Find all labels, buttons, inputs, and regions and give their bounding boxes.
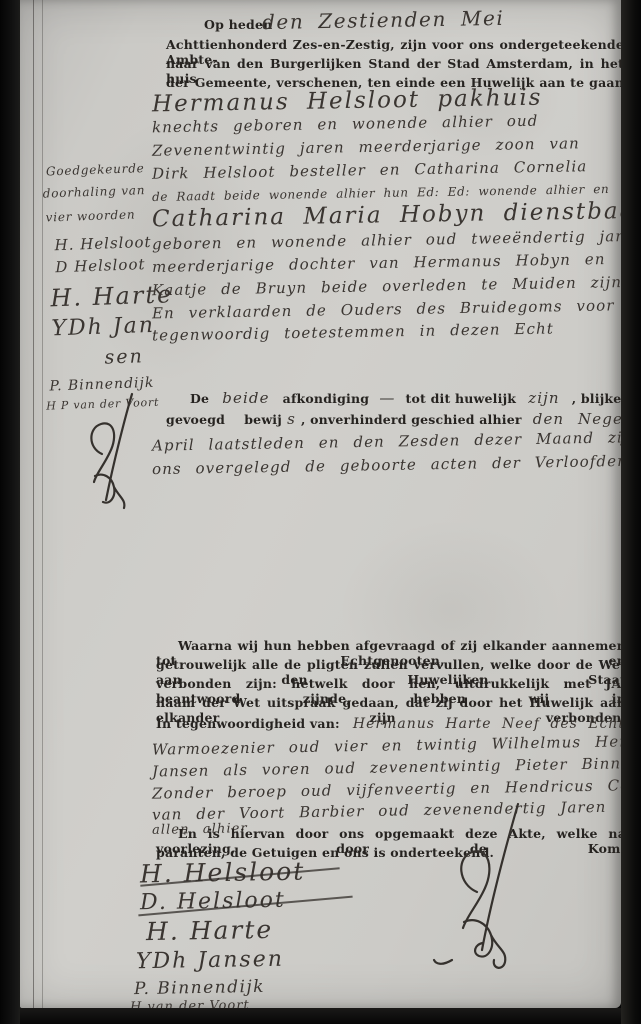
printed-fragment: In tegenwoordigheid van: <box>156 716 340 731</box>
handwritten-insert: — <box>379 389 395 407</box>
signature: H. Harte <box>146 915 274 946</box>
printed-line: In tegenwoordigheid van: Hermanus Harte … <box>156 713 641 732</box>
printed-fragment: bewij <box>244 412 282 427</box>
printed-line: De beide afkondiging — tot dit huwelijk … <box>190 388 630 407</box>
margin-signature: sen <box>104 345 144 368</box>
handwritten-date: den Zestienden Mei <box>262 6 505 34</box>
printed-fragment: , onverhinderd geschied alhier <box>301 412 522 427</box>
signature: D. Helsloot <box>140 888 286 916</box>
scan-edge-bottom <box>20 1008 621 1024</box>
handwritten-insert: Hermanus Harte Neef des Echtgenoots <box>353 716 641 732</box>
printed-line: gevoegd bewij s , onverhinderd geschied … <box>166 409 641 428</box>
scan-edge-left <box>0 0 20 1024</box>
printed-fragment: tot dit huwelijk <box>406 391 517 406</box>
page-fold-line <box>42 0 43 1024</box>
printed-fragment: De <box>190 391 209 406</box>
scan-edge-right <box>621 0 641 1024</box>
page-fold-line <box>33 0 34 1024</box>
signature: YDh Jansen <box>136 947 284 975</box>
handwritten-insert: zijn <box>528 389 559 407</box>
margin-signature: D Helsloot <box>55 255 146 276</box>
registrar-paraph <box>432 800 552 970</box>
margin-signature: YDh Jan <box>51 313 155 342</box>
handwritten-insert: s <box>287 410 296 428</box>
registrar-paraph-margin <box>68 392 158 512</box>
printed-fragment: afkondiging <box>283 391 370 406</box>
document-scan: Goedgekeurde doorhaling van vier woorden… <box>0 0 641 1024</box>
handwritten-insert: beide <box>222 389 269 407</box>
margin-signature: H. Helsloot <box>54 233 152 254</box>
printed-fragment: gevoegd <box>166 412 225 427</box>
signature: P. Binnendijk <box>134 977 265 999</box>
